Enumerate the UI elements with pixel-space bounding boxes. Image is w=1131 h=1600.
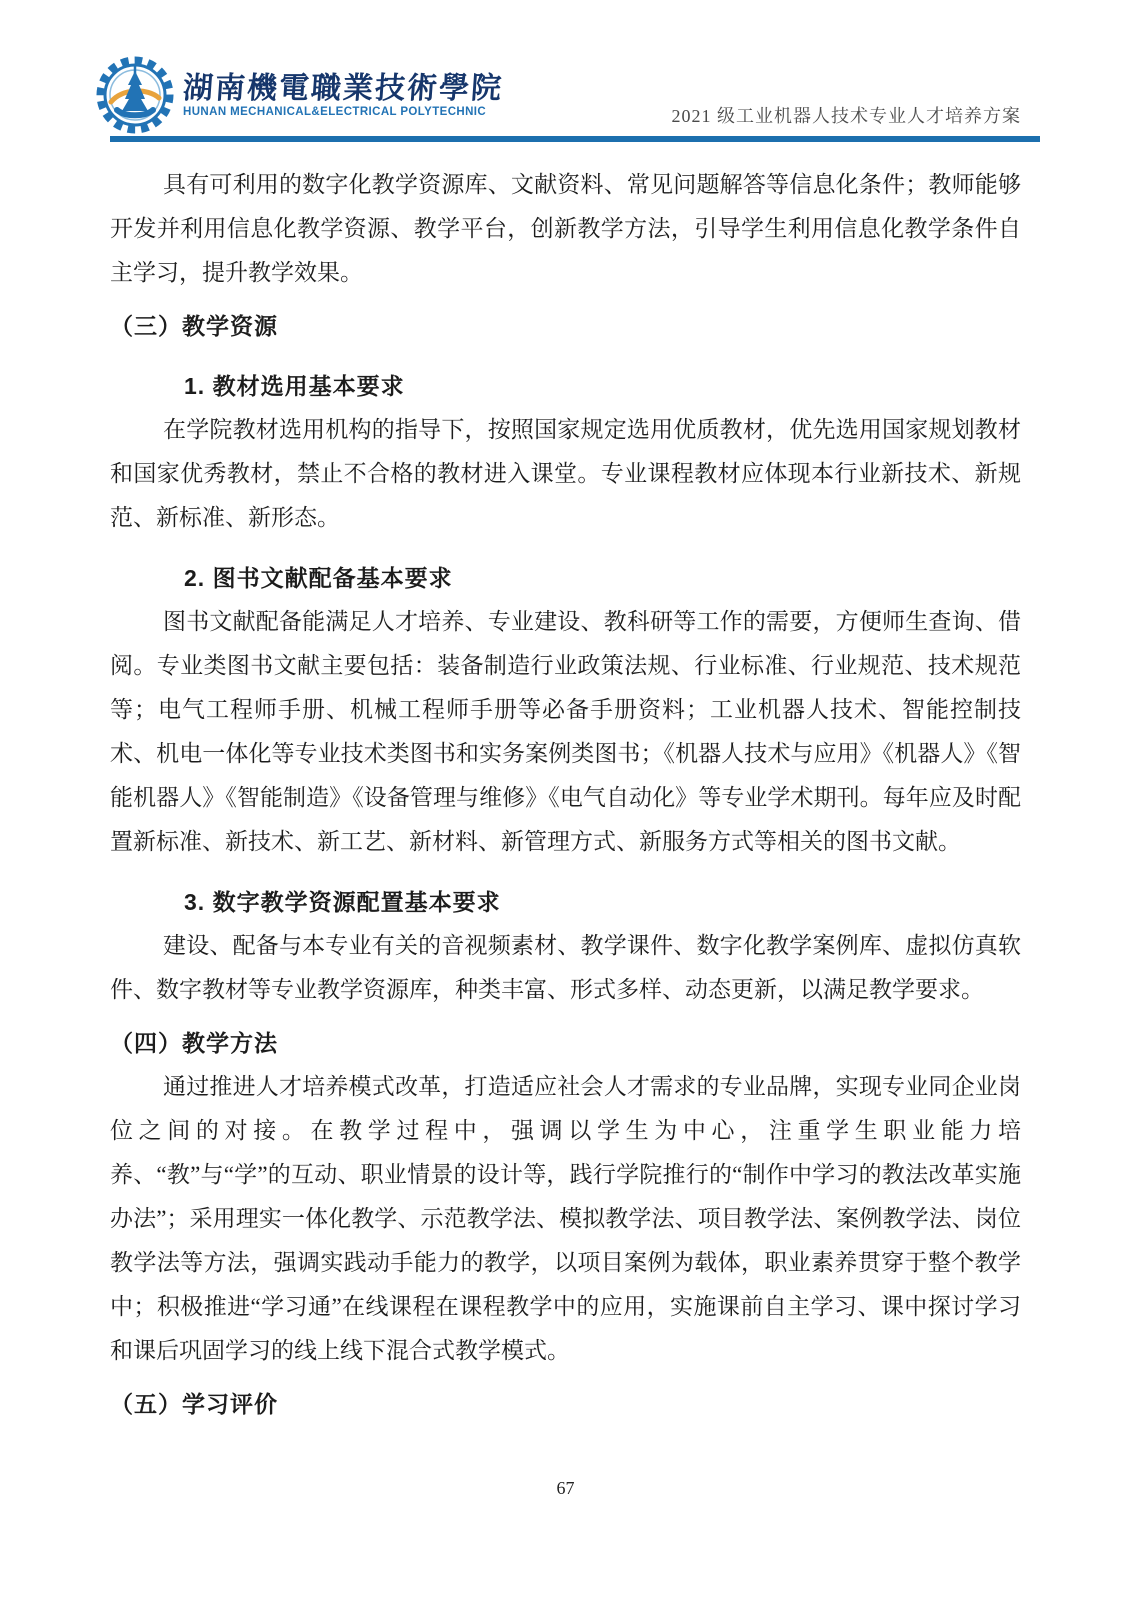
subheading-digital-resources: 3. 数字教学资源配置基本要求 bbox=[184, 880, 1021, 924]
page-number: 67 bbox=[0, 1478, 1131, 1499]
paragraph-textbook-selection: 在学院教材选用机构的指导下，按照国家规定选用优质教材，优先选用国家规划教材和国家… bbox=[110, 408, 1021, 540]
school-name-english: HUNAN MECHANICAL&ELECTRICAL POLYTECHNIC bbox=[183, 106, 503, 118]
section-heading-teaching-resources: （三）教学资源 bbox=[110, 304, 1021, 348]
header-divider-rule bbox=[110, 136, 1040, 142]
document-title: 2021 级工业机器人技术专业人才培养方案 bbox=[672, 102, 1022, 128]
school-logo: 湖南機電職業技術學院 HUNAN MECHANICAL&ELECTRICAL P… bbox=[95, 55, 503, 135]
section-heading-teaching-methods: （四）教学方法 bbox=[110, 1021, 1021, 1065]
school-emblem-gear-icon bbox=[95, 55, 175, 135]
school-name-block: 湖南機電職業技術學院 HUNAN MECHANICAL&ELECTRICAL P… bbox=[183, 73, 503, 118]
document-page: 湖南機電職業技術學院 HUNAN MECHANICAL&ELECTRICAL P… bbox=[0, 0, 1131, 1600]
school-name-chinese: 湖南機電職業技術學院 bbox=[182, 73, 504, 105]
document-body: 具有可利用的数字化教学资源库、文献资料、常见问题解答等信息化条件；教师能够开发并… bbox=[110, 163, 1021, 1426]
paragraph-teaching-methods: 通过推进人才培养模式改革，打造适应社会人才需求的专业品牌，实现专业同企业岗位之间… bbox=[110, 1065, 1021, 1373]
paragraph-digital-resources: 建设、配备与本专业有关的音视频素材、教学课件、数字化教学案例库、虚拟仿真软件、数… bbox=[110, 924, 1021, 1012]
paragraph-library-literature: 图书文献配备能满足人才培养、专业建设、教科研等工作的需要，方便师生查询、借阅。专… bbox=[110, 600, 1021, 864]
subheading-textbook-selection: 1. 教材选用基本要求 bbox=[184, 364, 1021, 408]
section-heading-learning-evaluation: （五）学习评价 bbox=[110, 1382, 1021, 1426]
subheading-library-literature: 2. 图书文献配备基本要求 bbox=[184, 556, 1021, 600]
page-header: 湖南機電職業技術學院 HUNAN MECHANICAL&ELECTRICAL P… bbox=[0, 0, 1131, 150]
paragraph-informatization: 具有可利用的数字化教学资源库、文献资料、常见问题解答等信息化条件；教师能够开发并… bbox=[110, 163, 1021, 295]
